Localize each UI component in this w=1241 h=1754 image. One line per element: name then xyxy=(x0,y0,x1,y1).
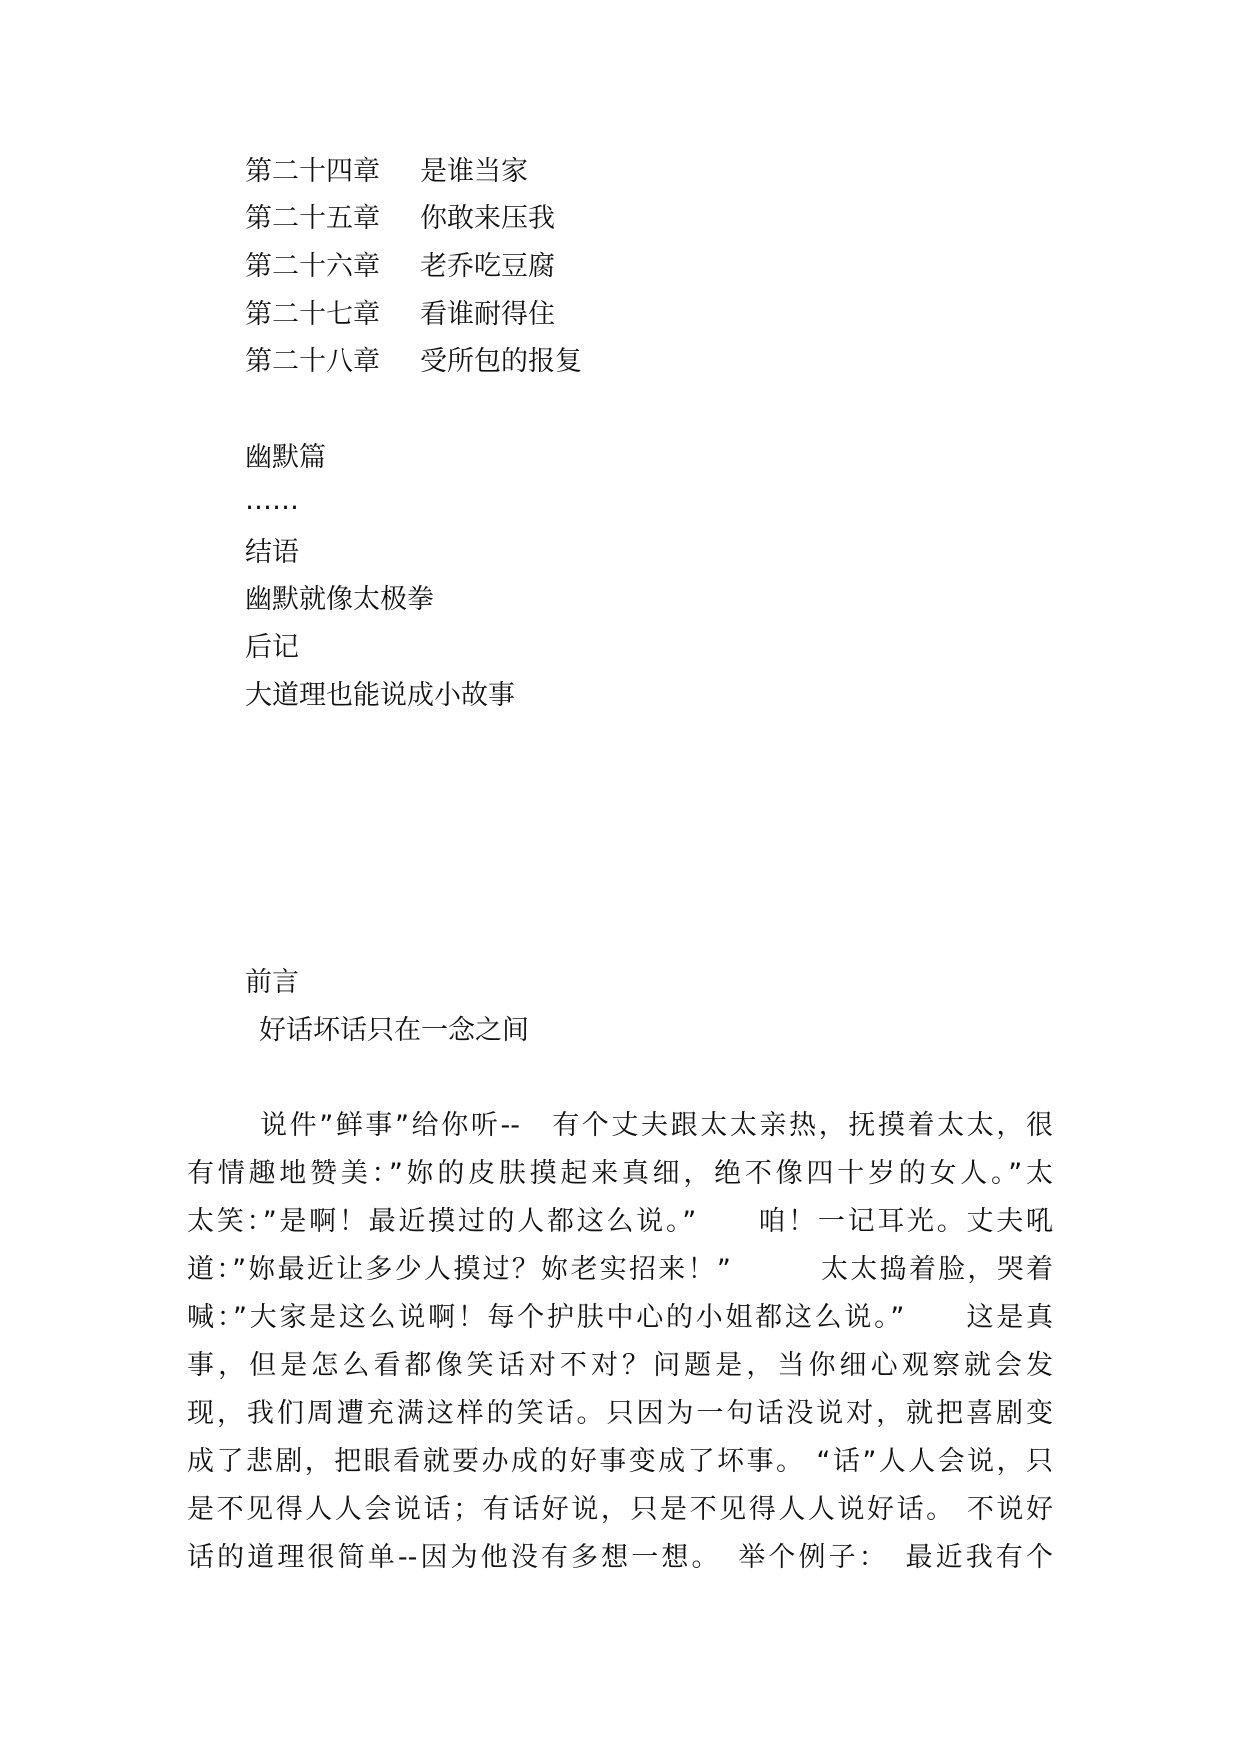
chapter-number: 第二十五章 xyxy=(245,202,420,236)
chapter-number: 第二十四章 xyxy=(245,155,420,189)
preface-subtitle: 好话坏话只在一念之间 xyxy=(259,1014,529,1048)
body-line: 现，我们周遭充满这样的笑话。只因为一句话没说对，就把喜剧变 xyxy=(187,1390,1053,1438)
body-line: 事，但是怎么看都像笑话对不对？问题是，当你细心观察就会发 xyxy=(187,1342,1053,1390)
body-line: 道：”妳最近让多少人摸过？妳老实招来！” 太太捣着脸，哭着 xyxy=(187,1246,1053,1294)
body-line: 太笑：”是啊！最近摸过的人都这么说。” 咱！一记耳光。丈夫吼 xyxy=(187,1198,1053,1246)
chapter-title: 你敢来压我 xyxy=(420,203,555,234)
toc-chapter-28: 第二十八章受所包的报复 xyxy=(245,345,582,379)
toc-afterword-title: 大道理也能说成小故事 xyxy=(245,679,515,713)
toc-ellipsis: …… xyxy=(245,484,299,518)
toc-chapter-24: 第二十四章是谁当家 xyxy=(245,155,528,189)
chapter-title: 看谁耐得住 xyxy=(420,299,555,330)
chapter-number: 第二十六章 xyxy=(245,250,420,284)
preface-body: 说件”鲜事”给你听-- 有个丈夫跟太太亲热，抚摸着太太，很 有情趣地赞美：”妳的… xyxy=(187,1102,1053,1582)
chapter-title: 老乔吃豆腐 xyxy=(420,251,555,282)
toc-conclusion-label: 结语 xyxy=(245,536,299,570)
body-line: 有情趣地赞美：”妳的皮肤摸起来真细，绝不像四十岁的女人。”太 xyxy=(187,1150,1053,1198)
chapter-title: 受所包的报复 xyxy=(420,346,582,377)
toc-chapter-25: 第二十五章你敢来压我 xyxy=(245,202,555,236)
chapter-number: 第二十八章 xyxy=(245,345,420,379)
toc-afterword-label: 后记 xyxy=(245,631,299,665)
toc-conclusion-title: 幽默就像太极拳 xyxy=(245,583,434,617)
body-line: 话的道理很简单--因为他没有多想一想。 举个例子： 最近我有个 xyxy=(187,1534,1053,1582)
body-line: 是不见得人人会说话；有话好说，只是不见得人人说好话。 不说好 xyxy=(187,1486,1053,1534)
toc-chapter-26: 第二十六章老乔吃豆腐 xyxy=(245,250,555,284)
document-page: 第二十四章是谁当家 第二十五章你敢来压我 第二十六章老乔吃豆腐 第二十七章看谁耐… xyxy=(0,0,1241,1754)
preface-label: 前言 xyxy=(245,966,299,1000)
chapter-number: 第二十七章 xyxy=(245,298,420,332)
chapter-title: 是谁当家 xyxy=(420,156,528,187)
body-line: 喊：”大家是这么说啊！每个护肤中心的小姐都这么说。” 这是真 xyxy=(187,1294,1053,1342)
body-line: 说件”鲜事”给你听-- 有个丈夫跟太太亲热，抚摸着太太，很 xyxy=(187,1102,1053,1150)
toc-section-title: 幽默篇 xyxy=(245,441,326,475)
toc-chapter-27: 第二十七章看谁耐得住 xyxy=(245,298,555,332)
body-line: 成了悲剧，把眼看就要办成的好事变成了坏事。 “话”人人会说，只 xyxy=(187,1438,1053,1486)
